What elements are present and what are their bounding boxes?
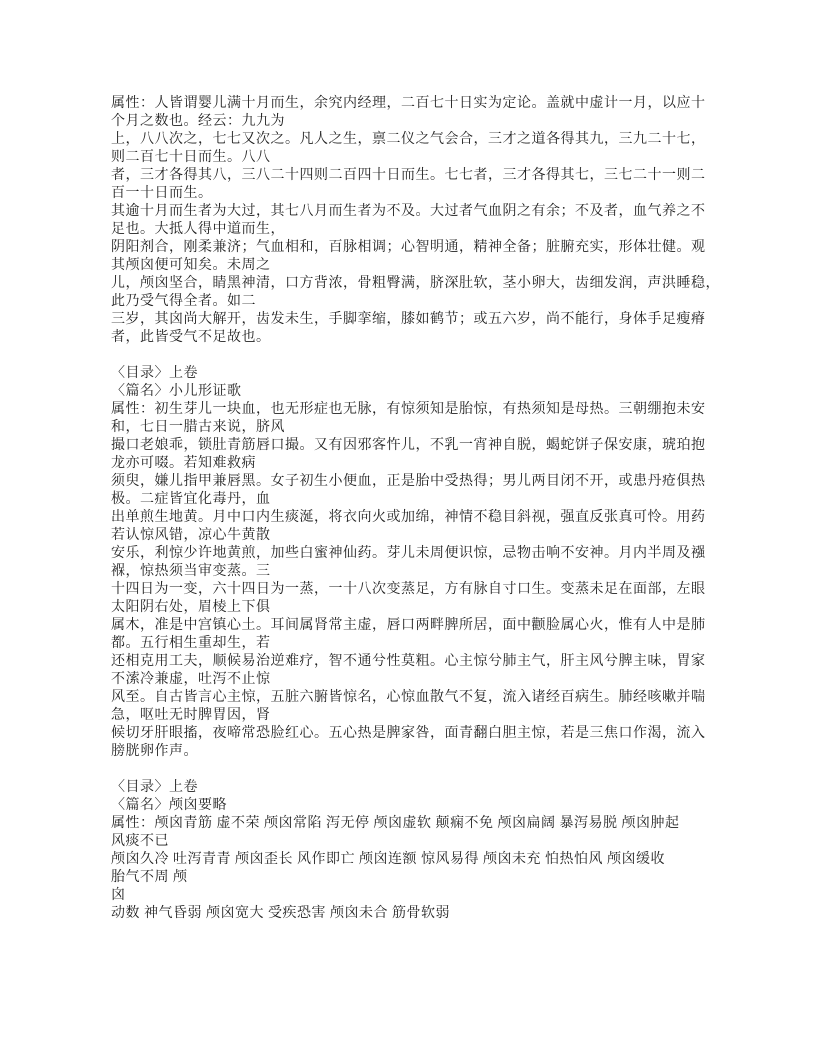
text-line: 属性：人皆谓婴儿满十月而生，余究内经理，二百七十日实为定论。盖就中虚计一月，以应… — [111, 95, 751, 113]
text-line: 褓，惊热须当审变蒸。三 — [111, 563, 751, 581]
text-line: 其颅囟便可知矣。未周之 — [111, 257, 751, 275]
blank-line — [111, 347, 751, 365]
text-line: 个月之数也。经云：九九为 — [111, 113, 751, 131]
text-line: 安乐，利惊少许地黄煎，加些白蜜神仙药。芽儿未周便识惊，忌物击响不安神。月内半周及… — [111, 545, 751, 563]
text-line: 膀胱卵作声。 — [111, 743, 751, 761]
text-line: 阴阳剂合，刚柔兼济；气血相和，百脉相调；心智明通，精神全备；脏腑充实，形体壮健。… — [111, 239, 751, 257]
catalog-line: 〈目录〉上卷 — [111, 365, 751, 383]
text-line: 极。二症皆宜化毒丹，血 — [111, 491, 751, 509]
text-line: 太阳阴右处，眉棱上下俱 — [111, 599, 751, 617]
text-line: 上，八八次之，七七又次之。凡人之生，禀二仪之气会合，三才之道各得其九，三九二十七… — [111, 131, 751, 149]
text-line: 十四日为一变，六十四日为一蒸，一十八次变蒸足，方有脉自寸口生。变蒸未足在面部，左… — [111, 581, 751, 599]
document-page: 属性：人皆谓婴儿满十月而生，余究内经理，二百七十日实为定论。盖就中虚计一月，以应… — [0, 0, 816, 1056]
text-line: 囟 — [111, 887, 751, 905]
text-line: 须臾，嫌儿指甲兼唇黑。女子初生小便血，正是胎中受热得；男儿两目闭不开，或患丹疮俱… — [111, 473, 751, 491]
catalog-line: 〈目录〉上卷 — [111, 779, 751, 797]
document-text: 属性：人皆谓婴儿满十月而生，余究内经理，二百七十日实为定论。盖就中虚计一月，以应… — [111, 95, 751, 923]
section-title: 〈篇名〉颅囟要略 — [111, 797, 751, 815]
text-line: 撮口老娘乖，锁肚青筋唇口撮。又有因邪客忤儿，不乳一宵神自脱，蝎蛇饼子保安康，琥珀… — [111, 437, 751, 455]
text-line: 属木，准是中宫镇心土。耳间属肾常主虚，唇口两畔脾所居，面中颧脸属心火，惟有人中是… — [111, 617, 751, 635]
text-line: 足也。大抵人得中道而生， — [111, 221, 751, 239]
text-line: 风痰不已 — [111, 833, 751, 851]
text-line: 属性：初生芽儿一块血，也无形症也无脉，有惊须知是胎惊，有热须知是母热。三朝绷抱未… — [111, 401, 751, 419]
text-line: 其逾十月而生者为大过，其七八月而生者为不及。大过者气血阴之有余；不及者，血气养之… — [111, 203, 751, 221]
text-line: 还相克用工夫，顺候易治逆难疗，智不通兮性莫粗。心主惊兮肺主气，肝主风兮脾主味，胃… — [111, 653, 751, 671]
text-line: 急，呕吐无时脾胃因，肾 — [111, 707, 751, 725]
text-line: 者，三才各得其八，三八二十四则二百四十日而生。七七者，三才各得其七，三七二十一则… — [111, 167, 751, 185]
section-title: 〈篇名〉小儿形证歌 — [111, 383, 751, 401]
text-line: 此乃受气得全者。如二 — [111, 293, 751, 311]
text-line: 则二百七十日而生。八八 — [111, 149, 751, 167]
text-line: 若认惊风错，凉心牛黄散 — [111, 527, 751, 545]
blank-line — [111, 761, 751, 779]
text-line: 龙亦可啜。若知难救病 — [111, 455, 751, 473]
text-line: 属性：颅囟青筋 虚不荣 颅囟常陷 泻无停 颅囟虚软 颠痫不免 颅囟扁阔 暴泻易脱… — [111, 815, 751, 833]
text-line: 胎气不周 颅 — [111, 869, 751, 887]
text-line: 候切牙肝眼搐，夜啼常恐脸红心。五心热是脾家咎，面青翻白胆主惊，若是三焦口作渴，流… — [111, 725, 751, 743]
text-line: 都。五行相生重却生，若 — [111, 635, 751, 653]
text-line: 和，七日一腊古来说，脐风 — [111, 419, 751, 437]
text-line: 颅囟久冷 吐泻青青 颅囟歪长 风作即亡 颅囟连额 惊风易得 颅囟未充 怕热怕风 … — [111, 851, 751, 869]
text-line: 百一十日而生。 — [111, 185, 751, 203]
text-line: 不溹冷兼虚，吐泻不止惊 — [111, 671, 751, 689]
text-line: 出单煎生地黄。月中口内生痰涎，将衣向火或加绵，神情不稳目斜视，强直反张真可怜。用… — [111, 509, 751, 527]
text-line: 三岁，其囟尚大解开，齿发未生，手脚挛缩，膝如鹤节；或五六岁，尚不能行，身体手足瘦… — [111, 311, 751, 329]
text-line: 者，此皆受气不足故也。 — [111, 329, 751, 347]
text-line: 动数 神气昏弱 颅囟宽大 受疾恐害 颅囟未合 筋骨软弱 — [111, 905, 751, 923]
text-line: 风至。自古皆言心主惊，五脏六腑皆惊名，心惊血散气不复，流入诸经百病生。肺经咳嗽并… — [111, 689, 751, 707]
text-line: 儿，颅囟坚合，睛黑神清，口方背浓，骨粗臀满，脐深肚软，茎小卵大，齿细发润，声洪睡… — [111, 275, 751, 293]
